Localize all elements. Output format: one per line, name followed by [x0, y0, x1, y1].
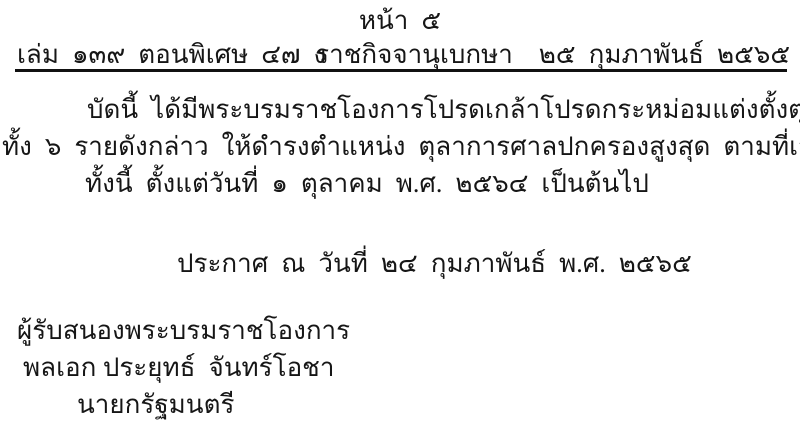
gazette-document-page: หน้า ๕ เล่ม ๑๓๙ ตอนพิเศษ ๔๗ ง ราชกิจจานุ… — [0, 0, 800, 429]
body-paragraph2-effective-date: ทั้งนี้ ตั้งแต่วันที่ ๑ ตุลาคม พ.ศ. ๒๕๖๔… — [85, 169, 649, 199]
countersign-label: ผู้รับสนองพระบรมราชโองการ — [17, 316, 350, 346]
body-paragraph1-line1: บัดนี้ ได้มีพระบรมราชโองการโปรดเกล้าโปรด… — [87, 95, 800, 125]
signer-name: พลเอก ประยุทธ์ จันทร์โอชา — [23, 353, 334, 383]
header-divider — [15, 69, 787, 72]
announcement-date-line: ประกาศ ณ วันที่ ๒๔ กุมภาพันธ์ พ.ศ. ๒๕๖๕ — [177, 249, 692, 279]
page-number-label: หน้า ๕ — [0, 6, 800, 36]
header-date: ๒๕ กุมภาพันธ์ ๒๕๖๕ — [539, 40, 790, 70]
body-paragraph1-line2: ทั้ง ๖ รายดังกล่าว ให้ดำรงตำแหน่ง ตุลากา… — [2, 132, 800, 162]
signer-title: นายกรัฐมนตรี — [77, 390, 234, 420]
